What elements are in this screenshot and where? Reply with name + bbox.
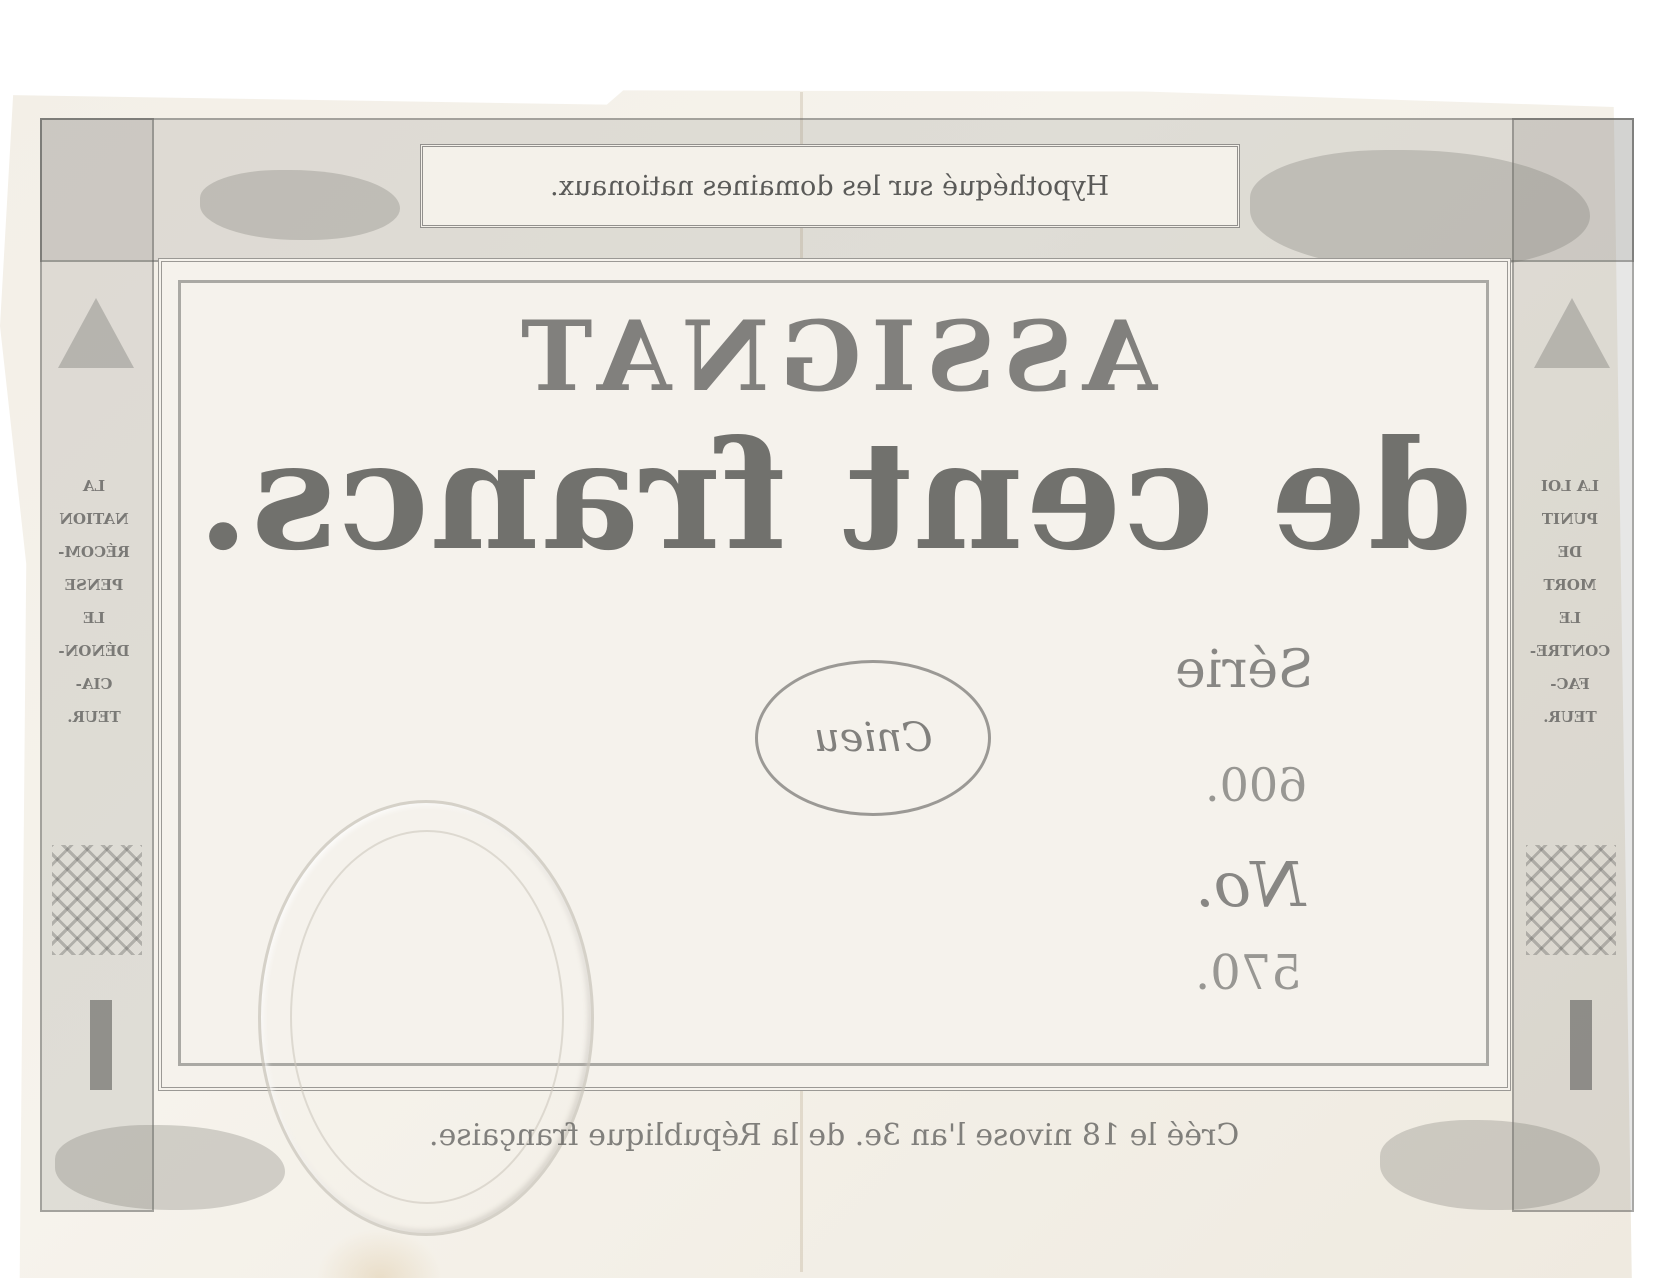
right-pillar-text: LA LOI PUNIT DE MORT LE CONTRE- FAC- TEU…	[1520, 470, 1620, 734]
top-motto: Hypothéqué sur les domaines nationaux.	[550, 171, 1109, 202]
serie-label: Série	[1175, 640, 1314, 700]
footer-creation-text: Créé le 18 nivose l'an 3e. de la Républi…	[0, 1118, 1668, 1153]
right-corner-numeral	[1570, 1000, 1592, 1090]
left-pillar-text: LA NATION RÉCOM- PENSE LE DÉNON- CIA- TE…	[44, 470, 144, 734]
left-lattice-ornament-icon	[52, 845, 142, 955]
serie-number: 600.	[1205, 758, 1307, 812]
denomination: de cent francs.	[0, 408, 1668, 584]
title-assignat: ASSIGNAT	[0, 300, 1668, 413]
top-motto-box: Hypothéqué sur les domaines nationaux.	[420, 144, 1240, 228]
right-lattice-ornament-icon	[1526, 845, 1616, 955]
signature-stamp: Cnieu	[755, 660, 991, 816]
left-corner-numeral	[90, 1000, 112, 1090]
number-value: 570.	[1195, 945, 1302, 1001]
number-label: No.	[1195, 848, 1305, 921]
